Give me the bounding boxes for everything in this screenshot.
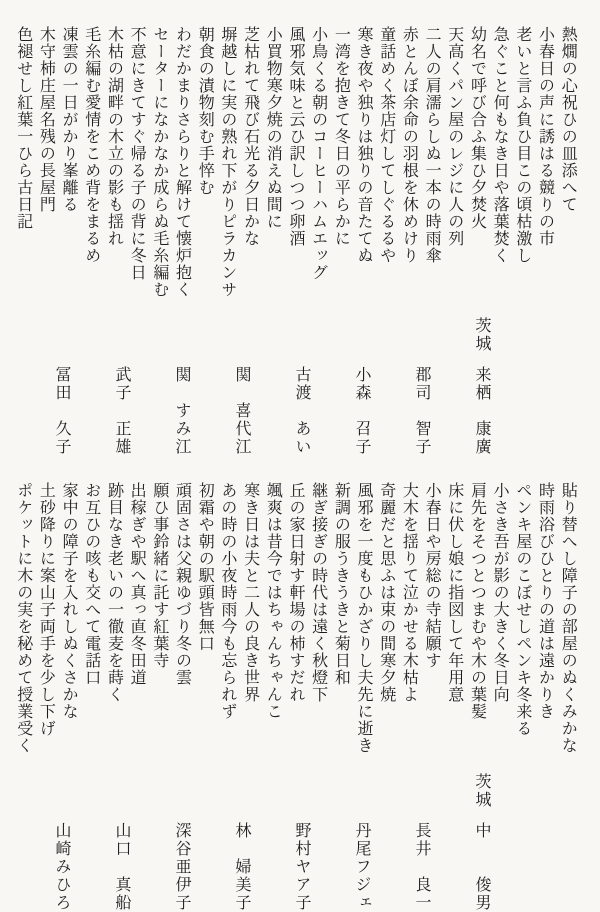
author-row-top: 茨城来栖 康廣 郡司 智子 小森 召子 古渡 あい 関 喜代江 関 すみ江 武子…	[12, 310, 596, 456]
haiku-column: 色褪せし紅葉一ひら古日記	[12, 26, 35, 310]
haiku-column: お互ひの咳も交へて電話口	[80, 482, 103, 766]
haiku-column: 風邪気味と云ひ訳しつつ卵酒	[284, 26, 307, 310]
haiku-column: 小鳥くる朝のコーヒーハムエッグ	[307, 26, 330, 310]
author-column: 冨田 久子	[52, 310, 72, 456]
author-column: 小森 召子	[352, 310, 372, 456]
author-column: 茨城中 俊男	[472, 766, 492, 912]
author-name: 中 俊男	[473, 822, 492, 912]
haiku-column: 童話めく茶店灯してしぐるるや	[375, 26, 398, 310]
haiku-column: 赤とんぼ余命の羽根を休めけり	[398, 26, 421, 310]
haiku-column: 小春日や房総の寺結願す	[420, 482, 443, 766]
haiku-column: わだかまりさらりと解けて懐炉抱く	[171, 26, 194, 310]
haiku-column: 貼り替へし障子の部屋のぬくみかな	[557, 482, 580, 766]
haiku-column: 風邪を一度もひかざりし夫先に逝き	[352, 482, 375, 766]
haiku-column: 寒き夜や独りは独りの音たてぬ	[352, 26, 375, 310]
haiku-column: 新調の服うきうきと菊日和	[330, 482, 353, 766]
haiku-column: 木守柿庄屋名残の長屋門	[35, 26, 58, 310]
haiku-section-bottom: 貼り替へし障子の部屋のぬくみかな時雨浴びひとりの道は遠かりきペンキ屋のこぼせしペ…	[0, 456, 600, 912]
author-column: 深谷亜伊子	[172, 766, 192, 912]
haiku-column: 土砂降りに案山子両手を少し下げ	[35, 482, 58, 766]
haiku-column: ポケットに木の実を秘めて授業受く	[12, 482, 35, 766]
prefecture-label: 茨城	[473, 773, 492, 809]
author-column: 郡司 智子	[412, 310, 432, 456]
haiku-column: あの時の小夜時雨今も忘られず	[216, 482, 239, 766]
haiku-section-top: 熱燗の心祝ひの皿添へて小春日の声に誘はる競りの市老いと言ふ負ひ目この頃枯激し急ぐ…	[0, 0, 600, 456]
haiku-column: 初霜や朝の駅頭皆無口	[194, 482, 217, 766]
haiku-column: 不意にきてすぐ帰る子の背に冬日	[125, 26, 148, 310]
haiku-column: 天高くパン屋のレジに人の列	[443, 26, 466, 310]
haiku-column: 小買物寒夕焼の消えぬ間に	[262, 26, 285, 310]
haiku-column: 急ぐこと何もなき日や落葉焚く	[488, 26, 511, 310]
haiku-column: 幼名で呼び合ふ集ひ夕焚火	[466, 26, 489, 310]
author-column: 野村ヤア子	[292, 766, 312, 912]
haiku-column: セーターになかなか成らぬ毛糸編む	[148, 26, 171, 310]
prefecture-label: 茨城	[473, 317, 492, 353]
poem-columns-top: 熱燗の心祝ひの皿添へて小春日の声に誘はる競りの市老いと言ふ負ひ目この頃枯激し急ぐ…	[12, 0, 579, 310]
author-column: 関 すみ江	[172, 310, 192, 456]
haiku-column: 木枯の湖畔の木立の影も揺れ	[103, 26, 126, 310]
haiku-column: 継ぎ接ぎの時代は遠く秋燈下	[307, 482, 330, 766]
author-column: 山口 真船	[112, 766, 132, 912]
haiku-column: 塀越しに実の熟れ下がりピラカンサ	[216, 26, 239, 310]
haiku-column: 老いと言ふ負ひ目この頃枯激し	[511, 26, 534, 310]
haiku-column: 家中の障子を入れしぬくさかな	[57, 482, 80, 766]
haiku-column: 頑固さは父親ゆづり冬の雲	[171, 482, 194, 766]
poem-columns-bottom: 貼り替へし障子の部屋のぬくみかな時雨浴びひとりの道は遠かりきペンキ屋のこぼせしペ…	[12, 456, 579, 766]
haiku-column: 毛糸編む愛情をこめ背をまるめ	[80, 26, 103, 310]
haiku-column: 跡目なき老いの一徹麦を蒔く	[103, 482, 126, 766]
haiku-column: 肩先をそつとつまむや木の葉髪	[466, 482, 489, 766]
haiku-column: 熱燗の心祝ひの皿添へて	[557, 26, 580, 310]
author-column: 丹尾フジェ	[352, 766, 372, 912]
haiku-column: 丘の家日射す軒場の柿すだれ	[284, 482, 307, 766]
author-column: 茨城来栖 康廣	[472, 310, 492, 456]
haiku-column: 一湾を抱きて冬日の平らかに	[330, 26, 353, 310]
haiku-column: 出稼ぎや駅へ真っ直冬田道	[125, 482, 148, 766]
haiku-column: 芝枯れて飛び石光る夕日かな	[239, 26, 262, 310]
haiku-column: 小春日の声に誘はる競りの市	[534, 26, 557, 310]
haiku-column: 二人の肩濡らしぬ一本の時雨傘	[420, 26, 443, 310]
author-column: 山崎みひろ	[52, 766, 72, 912]
haiku-column: 奇麗だと思ふは束の間寒夕焼	[375, 482, 398, 766]
haiku-column: 朝食の漬物刻む手悴む	[194, 26, 217, 310]
author-name: 来栖 康廣	[473, 366, 492, 456]
author-row-bottom: 茨城中 俊男 長井 良一 丹尾フジェ 野村ヤア子 林 婦美子 深谷亜伊子 山口 …	[12, 766, 596, 912]
haiku-column: ペンキ屋のこぼせしペンキ冬来る	[511, 482, 534, 766]
haiku-column: 小さき吾が影の大きく冬日向	[488, 482, 511, 766]
haiku-column: 颯爽は昔今ではちゃんちゃんこ	[262, 482, 285, 766]
haiku-column: 寒き日は夫と二人の良き世界	[239, 482, 262, 766]
haiku-anthology-page: 熱燗の心祝ひの皿添へて小春日の声に誘はる競りの市老いと言ふ負ひ目この頃枯激し急ぐ…	[0, 0, 600, 912]
author-column: 関 喜代江	[232, 310, 252, 456]
author-column: 古渡 あい	[292, 310, 312, 456]
haiku-column: 大木を揺りて泣かせる木枯よ	[398, 482, 421, 766]
author-column: 長井 良一	[412, 766, 432, 912]
haiku-column: 凍雲の一日がかり峯離る	[57, 26, 80, 310]
haiku-column: 床に伏し娘に指図して年用意	[443, 482, 466, 766]
haiku-column: 時雨浴びひとりの道は遠かりき	[534, 482, 557, 766]
haiku-column: 願ひ事鈴緒に託す紅葉寺	[148, 482, 171, 766]
author-column: 武子 正雄	[112, 310, 132, 456]
author-column: 林 婦美子	[232, 766, 252, 912]
